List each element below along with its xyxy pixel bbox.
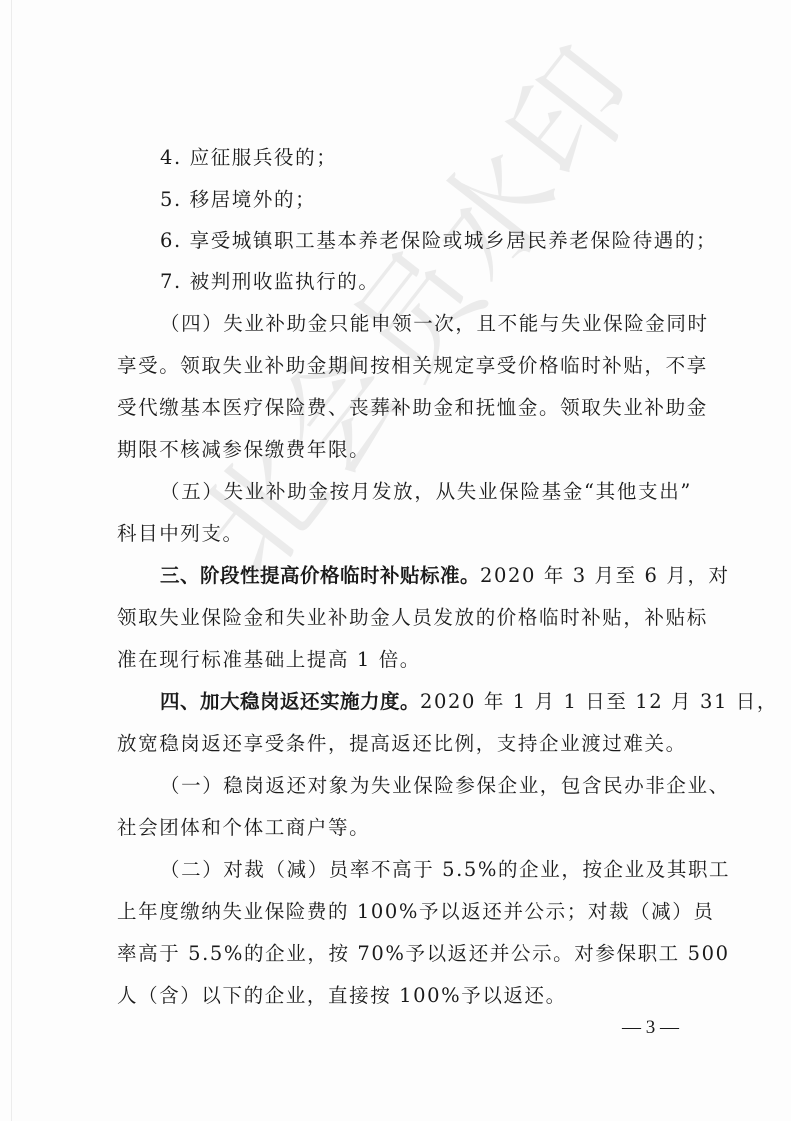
section-4-sub-1-line-1: （一）稳岗返还对象为失业保险参保企业，包含民办非企业、	[160, 771, 692, 801]
watermark: 北会员水印	[150, 4, 673, 606]
scan-edge-line	[11, 0, 12, 1121]
section-4-date-range: 2020 年 1 月 1 日至 12 月 31 日，	[420, 690, 778, 713]
para-5-line-1: （五）失业补助金按月发放，从失业保险基金“其他支出”	[160, 477, 692, 507]
para-4-line-1: （四）失业补助金只能申领一次，且不能与失业保险金同时	[160, 309, 692, 339]
section-4-sub-2-line-1: （二）对裁（减）员率不高于 5.5%的企业，按企业及其职工	[160, 855, 692, 885]
section-4-sub-1-line-2: 社会团体和个体工商户等。	[117, 813, 692, 843]
para-4-line-2: 享受。领取失业补助金期间按相关规定享受价格临时补贴，不享	[117, 351, 692, 381]
list-item-5: 5. 移居境外的；	[160, 185, 316, 215]
list-item-6: 6. 享受城镇职工基本养老保险或城乡居民养老保险待遇的；	[160, 226, 717, 256]
para-4-line-3: 受代缴基本医疗保险费、丧葬补助金和抚恤金。领取失业补助金	[117, 393, 692, 423]
list-item-4: 4. 应征服兵役的；	[160, 143, 337, 173]
section-4-sub-2-line-4: 人（含）以下的企业，直接按 100%予以返还。	[117, 981, 692, 1011]
para-4-line-4: 期限不核减参保缴费年限。	[117, 435, 692, 465]
list-item-7: 7. 被判刑收监执行的。	[160, 267, 380, 297]
section-4-sub-2-line-3: 率高于 5.5%的企业，按 70%予以返还并公示。对参保职工 500	[117, 939, 692, 969]
section-4-heading: 四、加大稳岗返还实施力度。	[160, 690, 420, 713]
section-3-heading: 三、阶段性提高价格临时补贴标准。	[160, 564, 480, 587]
section-4-line-2: 放宽稳岗返还享受条件，提高返还比例，支持企业渡过难关。	[117, 729, 692, 759]
section-4-first-line: 四、加大稳岗返还实施力度。2020 年 1 月 1 日至 12 月 31 日，	[160, 687, 692, 717]
section-3-line-2: 领取失业保险金和失业补助金人员发放的价格临时补贴，补贴标	[117, 603, 692, 633]
section-3-line-3: 准在现行标准基础上提高 1 倍。	[117, 645, 692, 675]
document-page: 北会员水印 4. 应征服兵役的； 5. 移居境外的； 6. 享受城镇职工基本养老…	[0, 0, 791, 1121]
section-3-date-range: 2020 年 3 月至 6 月，对	[480, 564, 730, 587]
section-3-first-line: 三、阶段性提高价格临时补贴标准。2020 年 3 月至 6 月，对	[160, 561, 692, 591]
section-4-sub-2-line-2: 上年度缴纳失业保险费的 100%予以返还并公示；对裁（减）员	[117, 897, 692, 927]
para-5-line-2: 科目中列支。	[117, 519, 692, 549]
page-number: — 3 —	[622, 1013, 679, 1043]
